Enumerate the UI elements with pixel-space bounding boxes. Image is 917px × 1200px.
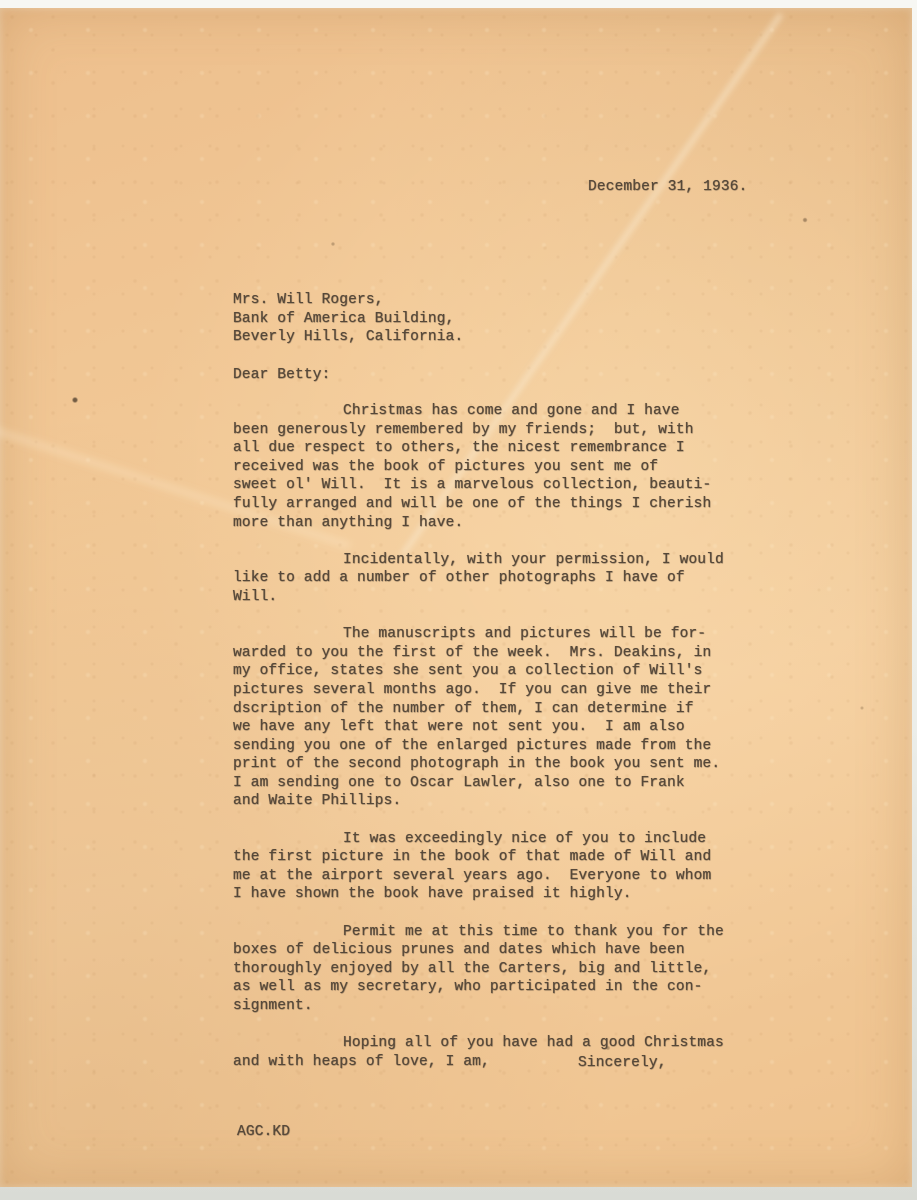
letter-paragraph-5: Permit me at this time to thank you for … bbox=[233, 923, 733, 1016]
letter-paragraph-1: Christmas has come and gone and I have b… bbox=[233, 402, 733, 532]
letter-page: December 31, 1936. Mrs. Will Rogers, Ban… bbox=[0, 8, 912, 1187]
recipient-address: Mrs. Will Rogers, Bank of America Buildi… bbox=[233, 291, 463, 347]
recipient-address-line-1: Bank of America Building, bbox=[233, 310, 463, 329]
recipient-name: Mrs. Will Rogers, bbox=[233, 291, 463, 310]
letter-body: Christmas has come and gone and I have b… bbox=[233, 402, 733, 1090]
letter-date: December 31, 1936. bbox=[588, 178, 747, 197]
scan-background: December 31, 1936. Mrs. Will Rogers, Ban… bbox=[0, 0, 917, 1200]
letter-paragraph-4: It was exceedingly nice of you to includ… bbox=[233, 830, 733, 904]
salutation: Dear Betty: bbox=[233, 366, 330, 385]
letter-paragraph-3: The manuscripts and pictures will be for… bbox=[233, 625, 733, 811]
typist-initials: AGC.KD bbox=[237, 1123, 290, 1142]
closing: Sincerely, bbox=[578, 1054, 667, 1073]
recipient-address-line-2: Beverly Hills, California. bbox=[233, 328, 463, 347]
letter-paragraph-2: Incidentally, with your permission, I wo… bbox=[233, 551, 733, 607]
